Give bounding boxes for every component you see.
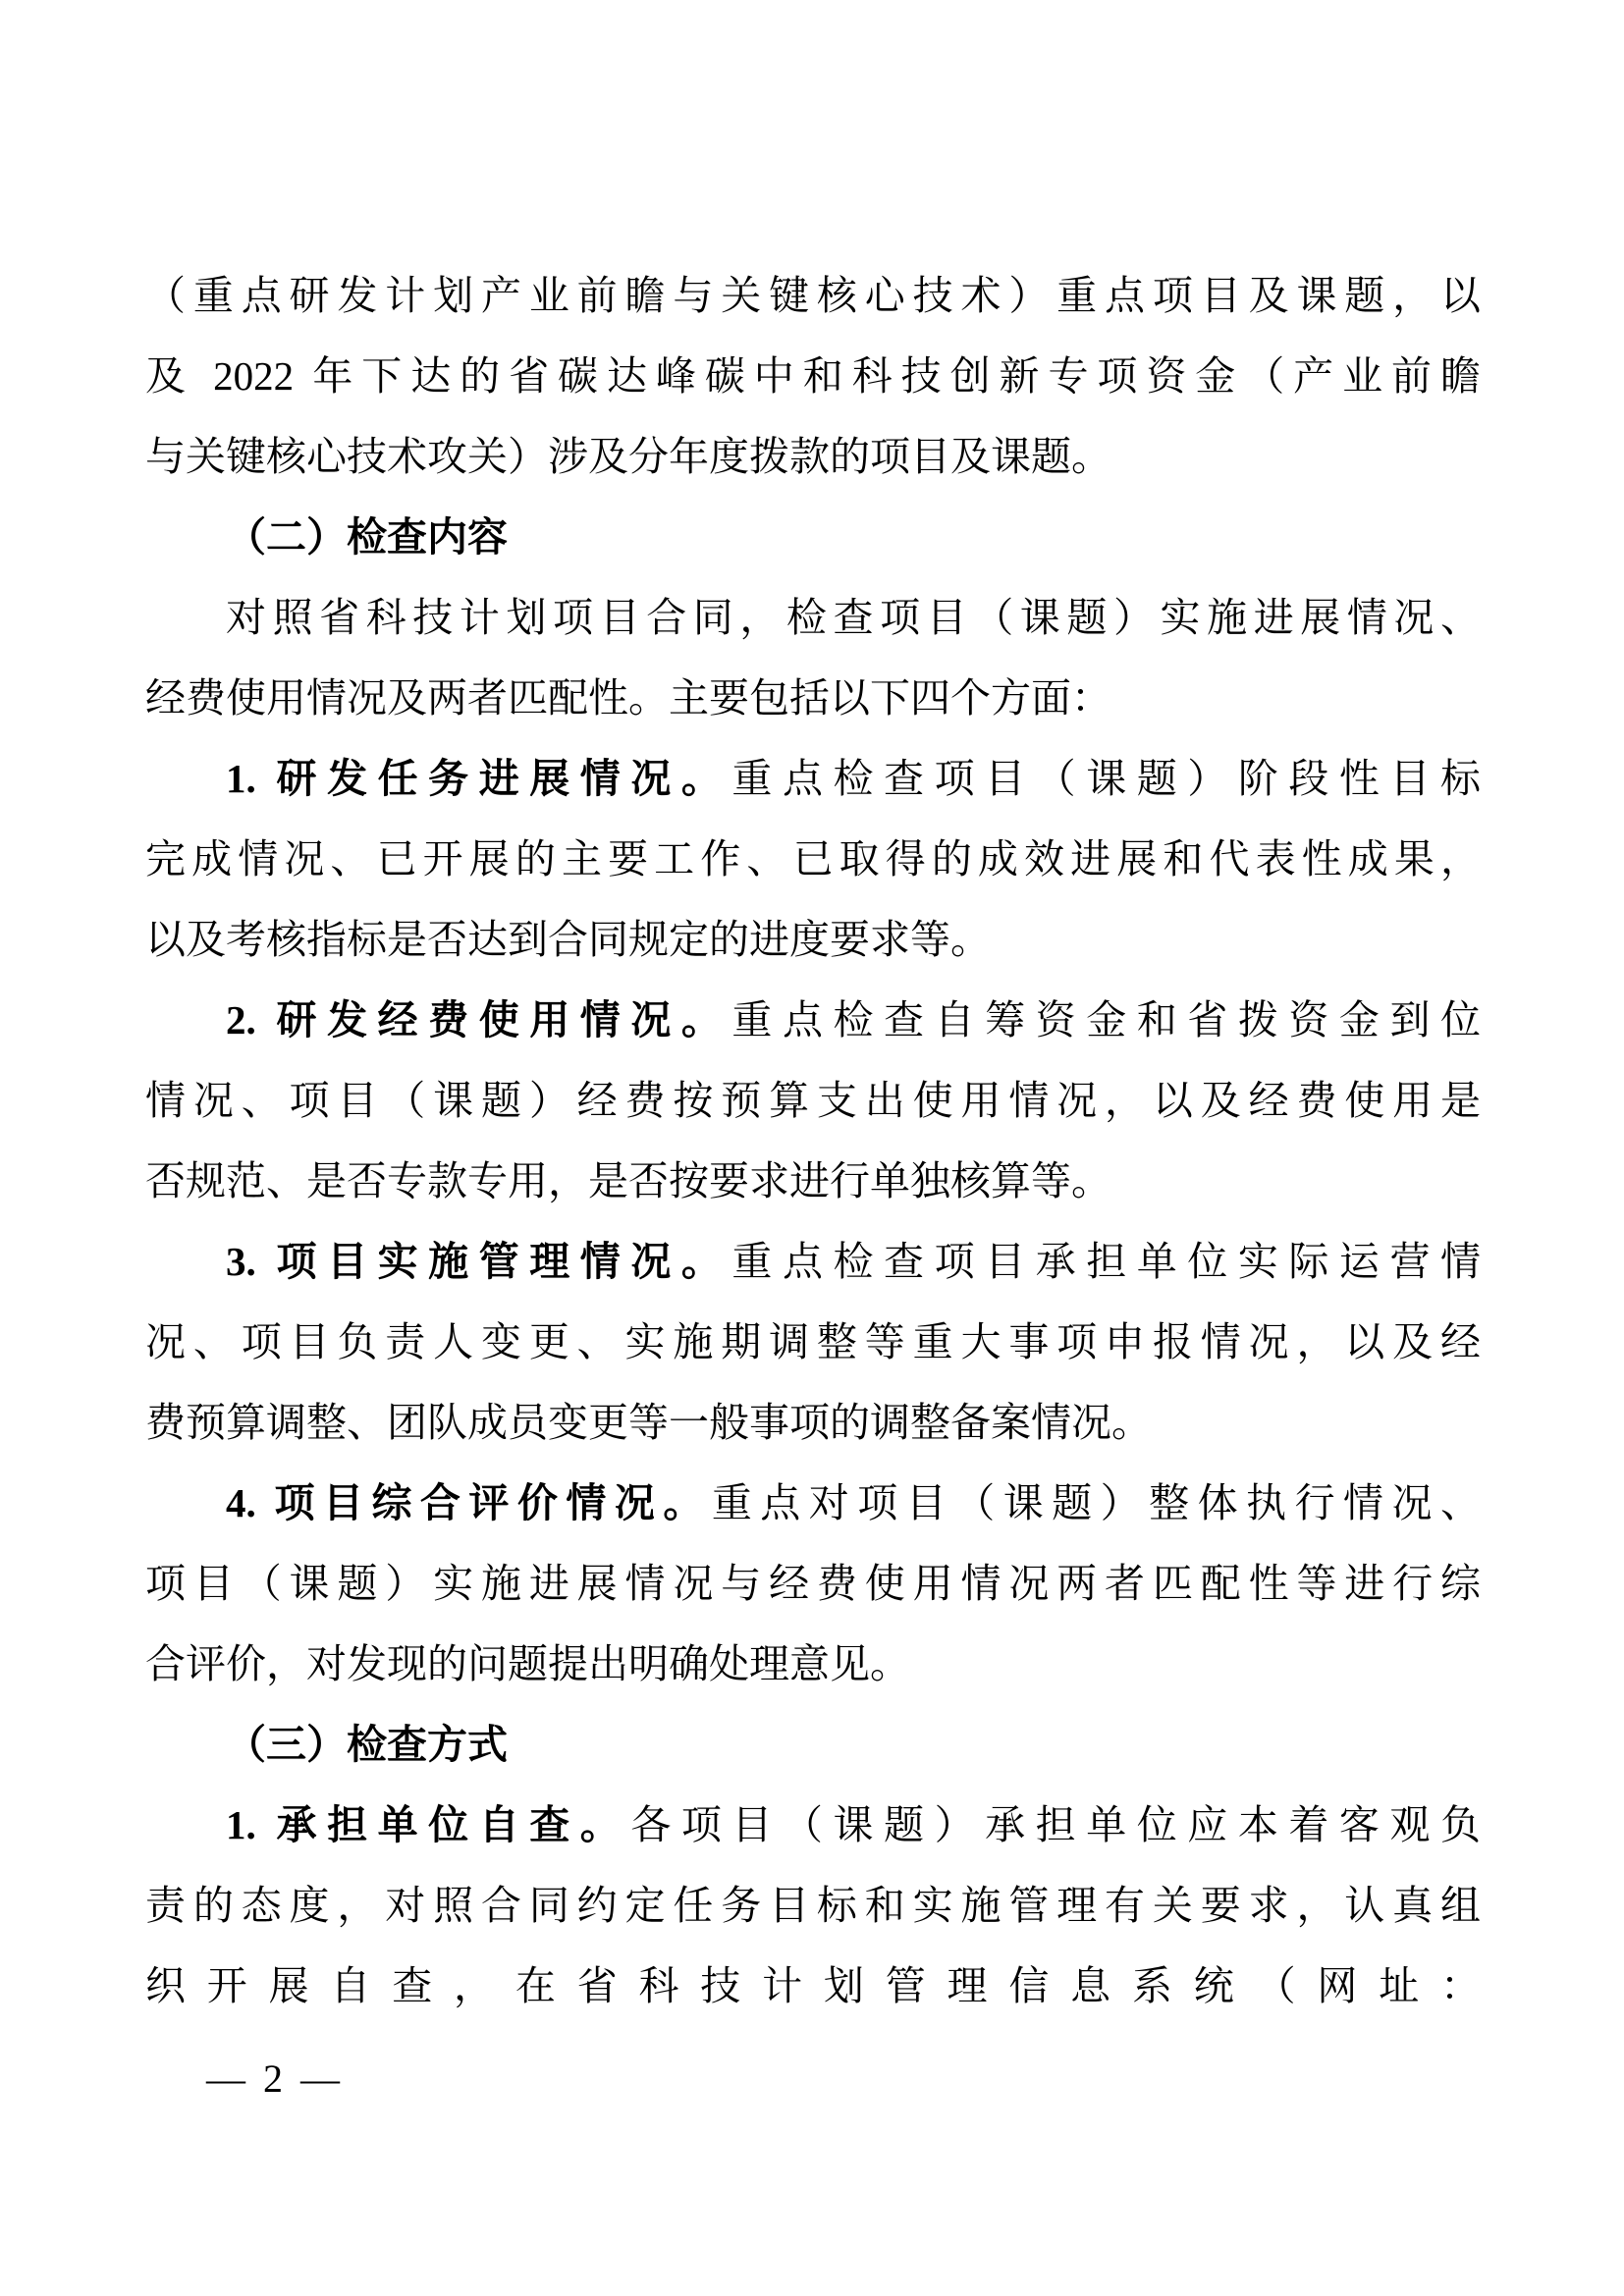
text-line: 情况、项目（课题）经费按预算支出使用情况，以及经费使用是: [145, 1060, 1481, 1141]
document-page: （重点研发计划产业前瞻与关键核心技术）重点项目及课题，以及 2022 年下达的省…: [0, 0, 1624, 2296]
bold-lead-text: （三）检查方式: [226, 1722, 508, 1767]
text-line: 1. 承担单位自查。各项目（课题）承担单位应本着客观负: [145, 1785, 1481, 1865]
body-text: 况、项目负责人变更、实施期调整等重大事项申报情况，以及经: [145, 1319, 1481, 1364]
bold-lead-text: 4. 项目综合评价情况。: [226, 1480, 712, 1525]
text-line: 经费使用情况及两者匹配性。主要包括以下四个方面：: [145, 658, 1481, 738]
body-text: 项目（课题）实施进展情况与经费使用情况两者匹配性等进行综: [145, 1561, 1481, 1606]
body-text: （重点研发计划产业前瞻与关键核心技术）重点项目及课题，以: [145, 273, 1481, 318]
bold-lead-text: （二）检查内容: [226, 514, 508, 560]
text-line: 完成情况、已开展的主要工作、已取得的成效进展和代表性成果，: [145, 819, 1481, 899]
text-line: 项目（课题）实施进展情况与经费使用情况两者匹配性等进行综: [145, 1543, 1481, 1624]
body-text: 重点检查项目承担单位实际运营情: [731, 1239, 1481, 1284]
body-text: 各项目（课题）承担单位应本着客观负: [630, 1802, 1481, 1847]
body-text: 重点检查项目（课题）阶段性目标: [731, 756, 1481, 801]
text-line: 3. 项目实施管理情况。重点检查项目承担单位实际运营情: [145, 1221, 1481, 1302]
text-line: 1. 研发任务进展情况。重点检查项目（课题）阶段性目标: [145, 738, 1481, 819]
body-text: 责的态度，对照合同约定任务目标和实施管理有关要求，认真组: [145, 1883, 1481, 1928]
body-text: 重点对项目（课题）整体执行情况、: [712, 1480, 1481, 1525]
document-body: （重点研发计划产业前瞻与关键核心技术）重点项目及课题，以及 2022 年下达的省…: [145, 255, 1481, 2026]
body-text: 经费使用情况及两者匹配性。主要包括以下四个方面：: [145, 675, 1111, 721]
body-text: 织开展自查，在省科技计划管理信息系统（网址：: [145, 1963, 1481, 2008]
body-text: 与关键核心技术攻关）涉及分年度拨款的项目及课题。: [145, 434, 1111, 479]
text-line: （重点研发计划产业前瞻与关键核心技术）重点项目及课题，以: [145, 255, 1481, 336]
text-line: 2. 研发经费使用情况。重点检查自筹资金和省拨资金到位: [145, 980, 1481, 1060]
body-text: 对照省科技计划项目合同，检查项目（课题）实施进展情况、: [226, 595, 1481, 640]
text-line: 对照省科技计划项目合同，检查项目（课题）实施进展情况、: [145, 577, 1481, 658]
bold-lead-text: 1. 承担单位自查。: [226, 1802, 630, 1847]
body-text: 完成情况、已开展的主要工作、已取得的成效进展和代表性成果，: [145, 836, 1481, 881]
text-line: 合评价，对发现的问题提出明确处理意见。: [145, 1624, 1481, 1704]
body-text: 合评价，对发现的问题提出明确处理意见。: [145, 1641, 910, 1686]
text-line: 况、项目负责人变更、实施期调整等重大事项申报情况，以及经: [145, 1302, 1481, 1382]
bold-lead-text: 1. 研发任务进展情况。: [226, 756, 731, 801]
text-line: 责的态度，对照合同约定任务目标和实施管理有关要求，认真组: [145, 1865, 1481, 1946]
body-text: 费预算调整、团队成员变更等一般事项的调整备案情况。: [145, 1400, 1152, 1445]
text-line: 4. 项目综合评价情况。重点对项目（课题）整体执行情况、: [145, 1463, 1481, 1543]
body-text: 否规范、是否专款专用，是否按要求进行单独核算等。: [145, 1158, 1111, 1203]
page-number: — 2 —: [206, 2050, 344, 2109]
text-line: 以及考核指标是否达到合同规定的进度要求等。: [145, 899, 1481, 980]
bold-lead-text: 3. 项目实施管理情况。: [226, 1239, 731, 1284]
body-text: 以及考核指标是否达到合同规定的进度要求等。: [145, 917, 991, 962]
text-line: 织开展自查，在省科技计划管理信息系统（网址：: [145, 1946, 1481, 2026]
text-line: 及 2022 年下达的省碳达峰碳中和科技创新专项资金（产业前瞻: [145, 336, 1481, 416]
body-text: 重点检查自筹资金和省拨资金到位: [731, 997, 1481, 1042]
text-line: （三）检查方式: [145, 1704, 1481, 1785]
body-text: 情况、项目（课题）经费按预算支出使用情况，以及经费使用是: [145, 1078, 1481, 1123]
text-line: 费预算调整、团队成员变更等一般事项的调整备案情况。: [145, 1382, 1481, 1463]
bold-lead-text: 2. 研发经费使用情况。: [226, 997, 731, 1042]
text-line: 否规范、是否专款专用，是否按要求进行单独核算等。: [145, 1141, 1481, 1221]
body-text: 及 2022 年下达的省碳达峰碳中和科技创新专项资金（产业前瞻: [145, 353, 1481, 399]
text-line: 与关键核心技术攻关）涉及分年度拨款的项目及课题。: [145, 416, 1481, 497]
text-line: （二）检查内容: [145, 497, 1481, 577]
